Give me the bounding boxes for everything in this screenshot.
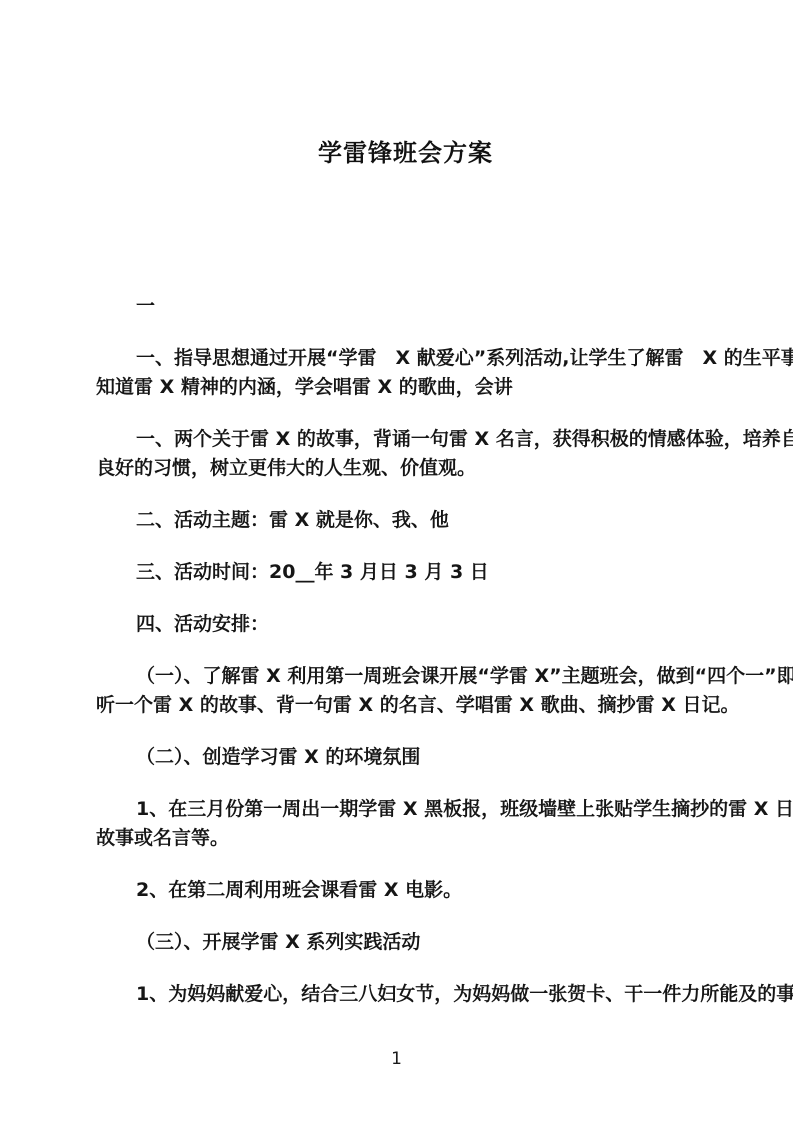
document-body: 一一、指导思想通过开展“学雷 X 献爱心”系列活动,让学生了解雷 X 的生平事迹… — [96, 292, 715, 1009]
paragraph: 二、活动主题：雷 X 就是你、我、他 — [96, 506, 715, 535]
document-title: 学雷锋班会方案 — [96, 138, 715, 168]
text-line: （二）、创造学习雷 X 的环境氛围 — [96, 743, 715, 772]
paragraph: （二）、创造学习雷 X 的环境氛围 — [96, 743, 715, 772]
text-line: 听一个雷 X 的故事、背一句雷 X 的名言、学唱雷 X 歌曲、摘抄雷 X 日记。 — [96, 691, 715, 720]
text-line: 1、在三月份第一周出一期学雷 X 黑板报，班级墙壁上张贴学生摘抄的雷 X 日记、 — [96, 795, 715, 824]
paragraph: 四、活动安排： — [96, 610, 715, 639]
document-page: 学雷锋班会方案 一一、指导思想通过开展“学雷 X 献爱心”系列活动,让学生了解雷… — [0, 0, 793, 1122]
text-line: （一）、了解雷 X 利用第一周班会课开展“学雷 X”主题班会，做到“四个一”即 — [96, 662, 715, 691]
text-line: （三）、开展学雷 X 系列实践活动 — [96, 928, 715, 957]
paragraph: 2、在第二周利用班会课看雷 X 电影。 — [96, 876, 715, 905]
text-line: 故事或名言等。 — [96, 824, 715, 853]
page-footer: 1 — [0, 1048, 793, 1070]
text-line: 良好的习惯，树立更伟大的人生观、价值观。 — [96, 454, 715, 483]
paragraph: 一、两个关于雷 X 的故事，背诵一句雷 X 名言，获得积极的情感体验，培养自己良… — [96, 425, 715, 483]
text-line: 一、指导思想通过开展“学雷 X 献爱心”系列活动,让学生了解雷 X 的生平事迹， — [96, 344, 715, 373]
paragraph: 1、为妈妈献爱心，结合三八妇女节，为妈妈做一张贺卡、干一件力所能及的事。 — [96, 980, 715, 1009]
paragraph: （一）、了解雷 X 利用第一周班会课开展“学雷 X”主题班会，做到“四个一”即听… — [96, 662, 715, 720]
page-number: 1 — [391, 1049, 402, 1069]
paragraph: 一 — [96, 292, 715, 321]
text-line: 四、活动安排： — [96, 610, 715, 639]
text-line: 一、两个关于雷 X 的故事，背诵一句雷 X 名言，获得积极的情感体验，培养自己 — [96, 425, 715, 454]
text-line: 一 — [96, 292, 715, 321]
text-line: 1、为妈妈献爱心，结合三八妇女节，为妈妈做一张贺卡、干一件力所能及的事。 — [96, 980, 715, 1009]
text-line: 2、在第二周利用班会课看雷 X 电影。 — [96, 876, 715, 905]
text-line: 知道雷 X 精神的内涵，学会唱雷 X 的歌曲，会讲 — [96, 373, 715, 402]
text-line: 二、活动主题：雷 X 就是你、我、他 — [96, 506, 715, 535]
paragraph: 一、指导思想通过开展“学雷 X 献爱心”系列活动,让学生了解雷 X 的生平事迹，… — [96, 344, 715, 402]
paragraph: （三）、开展学雷 X 系列实践活动 — [96, 928, 715, 957]
paragraph: 1、在三月份第一周出一期学雷 X 黑板报，班级墙壁上张贴学生摘抄的雷 X 日记、… — [96, 795, 715, 853]
paragraph: 三、活动时间：20__年 3 月日 3 月 3 日 — [96, 558, 715, 587]
text-line: 三、活动时间：20__年 3 月日 3 月 3 日 — [96, 558, 715, 587]
